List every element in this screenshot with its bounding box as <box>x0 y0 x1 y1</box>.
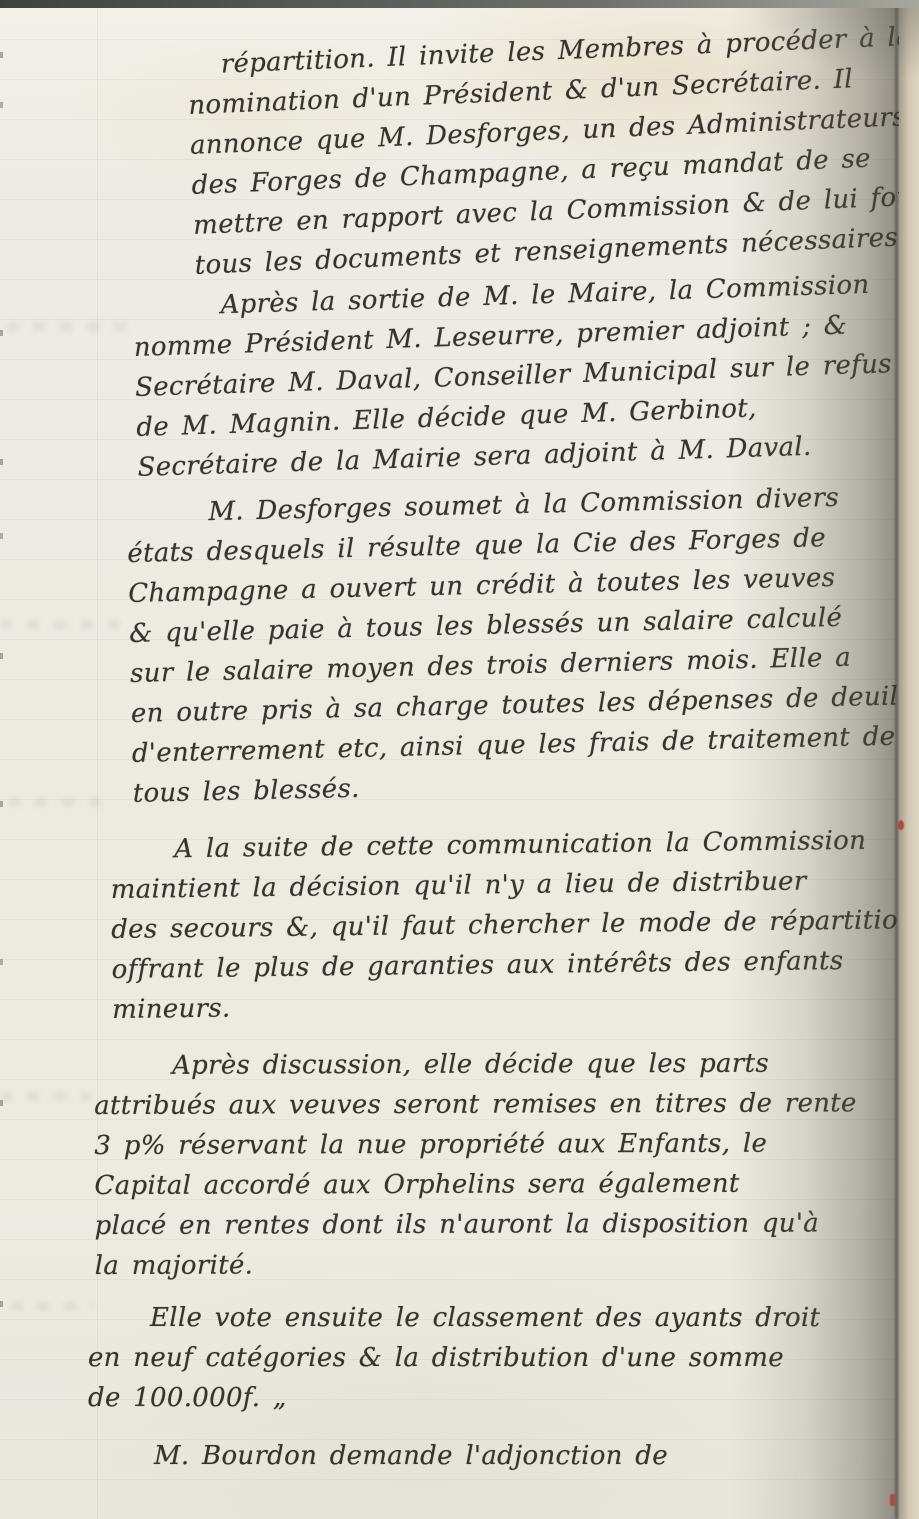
paragraph: Après discussion, elle décide que les pa… <box>94 1043 919 1286</box>
paragraph: Elle vote ensuite le classement des ayan… <box>88 1298 919 1418</box>
manuscript-line: Après discussion, elle décide que les pa… <box>94 1043 919 1086</box>
manuscript-line: placé en rentes dont ils n'auront la dis… <box>95 1203 919 1246</box>
photo-edge-marks <box>0 0 3 6</box>
red-ink-speck <box>890 1494 895 1506</box>
paragraph: Après la sortie de M. le Maire, la Commi… <box>132 263 919 488</box>
paragraph: A la suite de cette communication la Com… <box>110 820 919 1030</box>
photo-top-edge <box>0 0 919 8</box>
gutter-crease <box>895 0 898 1519</box>
manuscript-photo: répartition. Il invite les Membres à pro… <box>0 0 919 1519</box>
paragraph: M. Desforges soumet à la Commission dive… <box>126 476 919 814</box>
manuscript-line: en neuf catégories & la distribution d'u… <box>88 1338 919 1378</box>
manuscript-line: la majorité. <box>95 1243 919 1286</box>
paragraph: répartition. Il invite les Membres à pro… <box>186 17 919 286</box>
manuscript-line: attribués aux veuves seront remises en t… <box>94 1083 919 1126</box>
adjacent-page-edge <box>899 0 919 1519</box>
manuscript-line: Elle vote ensuite le classement des ayan… <box>88 1298 919 1338</box>
manuscript-line: Capital accordé aux Orphelins sera égale… <box>94 1163 919 1206</box>
manuscript-line: de 100.000f. „ <box>88 1378 919 1418</box>
manuscript-line: 3 p% réservant la nue propriété aux Enfa… <box>94 1123 919 1166</box>
manuscript-line: M. Bourdon demande l'adjonction de <box>96 1436 919 1476</box>
red-ink-speck <box>898 820 904 830</box>
manuscript-text-block: répartition. Il invite les Membres à pro… <box>0 46 919 1476</box>
paragraph: M. Bourdon demande l'adjonction de <box>96 1436 919 1476</box>
